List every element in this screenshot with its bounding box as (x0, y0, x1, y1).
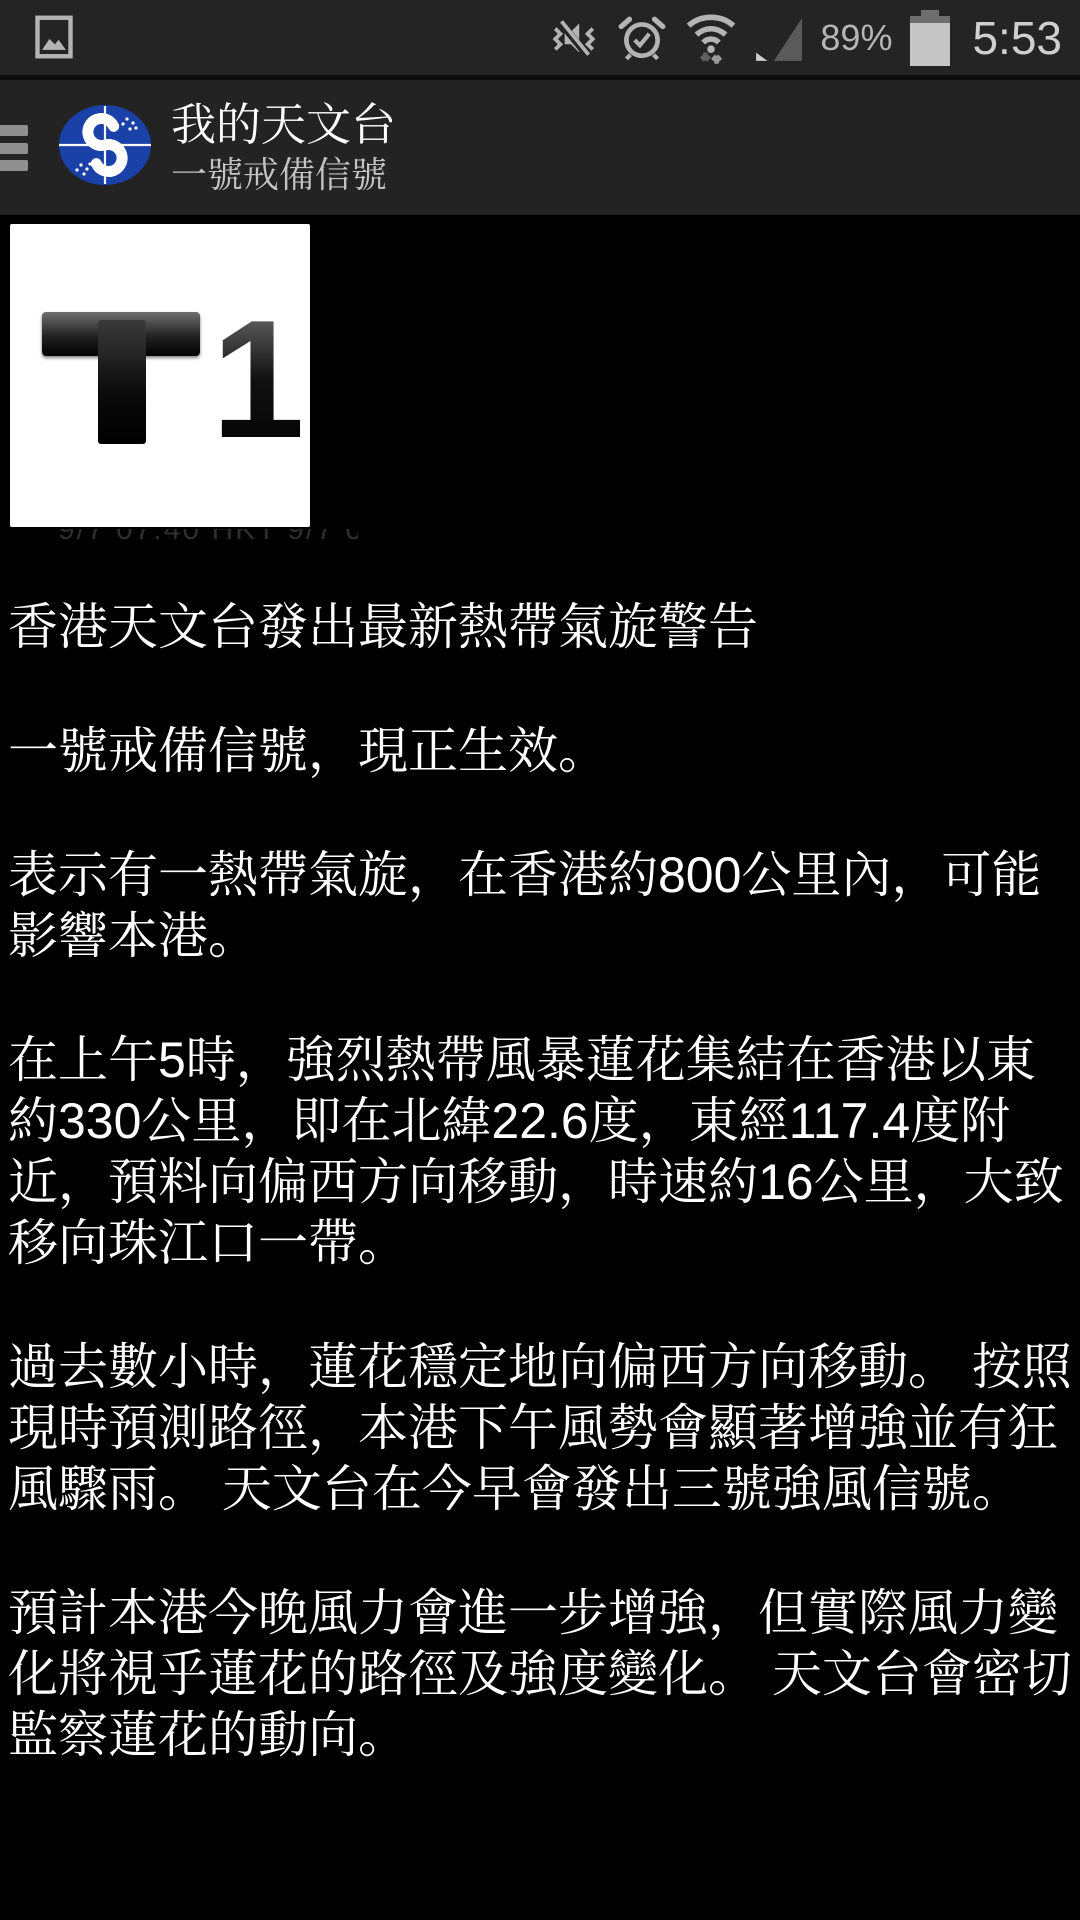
app-header: 我的天文台 一號戒備信號 (0, 80, 1080, 215)
typhoon-signal-t1-image: 1 (10, 224, 310, 527)
battery-icon (910, 8, 950, 68)
alarm-icon (616, 13, 668, 63)
cell-signal-icon (754, 13, 804, 63)
wifi-data-icon (684, 10, 738, 66)
paragraph-signal-in-force: 一號戒備信號，現正生效。 (8, 721, 1072, 782)
phone-screen: 89% 5:53 (0, 0, 1080, 1920)
status-indicators: 89% 5:53 (548, 0, 1062, 75)
t1-number-one: 1 (208, 294, 308, 464)
paragraph-meaning: 表示有一熱帶氣旋，在香港約800公里內，可能影響本港。 (8, 845, 1072, 967)
warning-bulletin-scroll-area[interactable]: 1 9/7 07:40 HKT 9/7 0 香港天文台發出最新熱帶氣旋警告 一號… (0, 215, 1080, 1920)
clock-label: 5:53 (972, 11, 1062, 65)
status-bar: 89% 5:53 (0, 0, 1080, 75)
app-title: 我的天文台 (171, 99, 396, 151)
paragraph-headline: 香港天文台發出最新熱帶氣旋警告 (8, 597, 1072, 658)
vibrate-muted-icon (548, 13, 600, 63)
clipped-caption: 9/7 07:40 HKT 9/7 0 (58, 529, 358, 548)
menu-icon[interactable] (0, 125, 28, 171)
screenshot-notification-icon (32, 14, 76, 65)
paragraph-forecast: 過去數小時，蓮花穩定地向偏西方向移動。 按照現時預測路徑，本港下午風勢會顯著增強… (8, 1337, 1072, 1520)
bulletin-text: 香港天文台發出最新熱帶氣旋警告 一號戒備信號，現正生效。 表示有一熱帶氣旋，在香… (0, 597, 1080, 1829)
paragraph-position: 在上午5時，強烈熱帶風暴蓮花集結在香港以東約330公里，即在北緯22.6度，東經… (8, 1030, 1072, 1274)
header-titles: 我的天文台 一號戒備信號 (171, 99, 396, 197)
paragraph-outlook: 預計本港今晚風力會進一步增強，但實際風力變化將視乎蓮花的路徑及強度變化。 天文台… (8, 1583, 1072, 1766)
t1-letter-t-stem (98, 320, 146, 444)
hko-logo-icon (57, 103, 153, 192)
battery-percent-label: 89% (820, 17, 892, 59)
warning-subtitle: 一號戒備信號 (171, 153, 396, 197)
